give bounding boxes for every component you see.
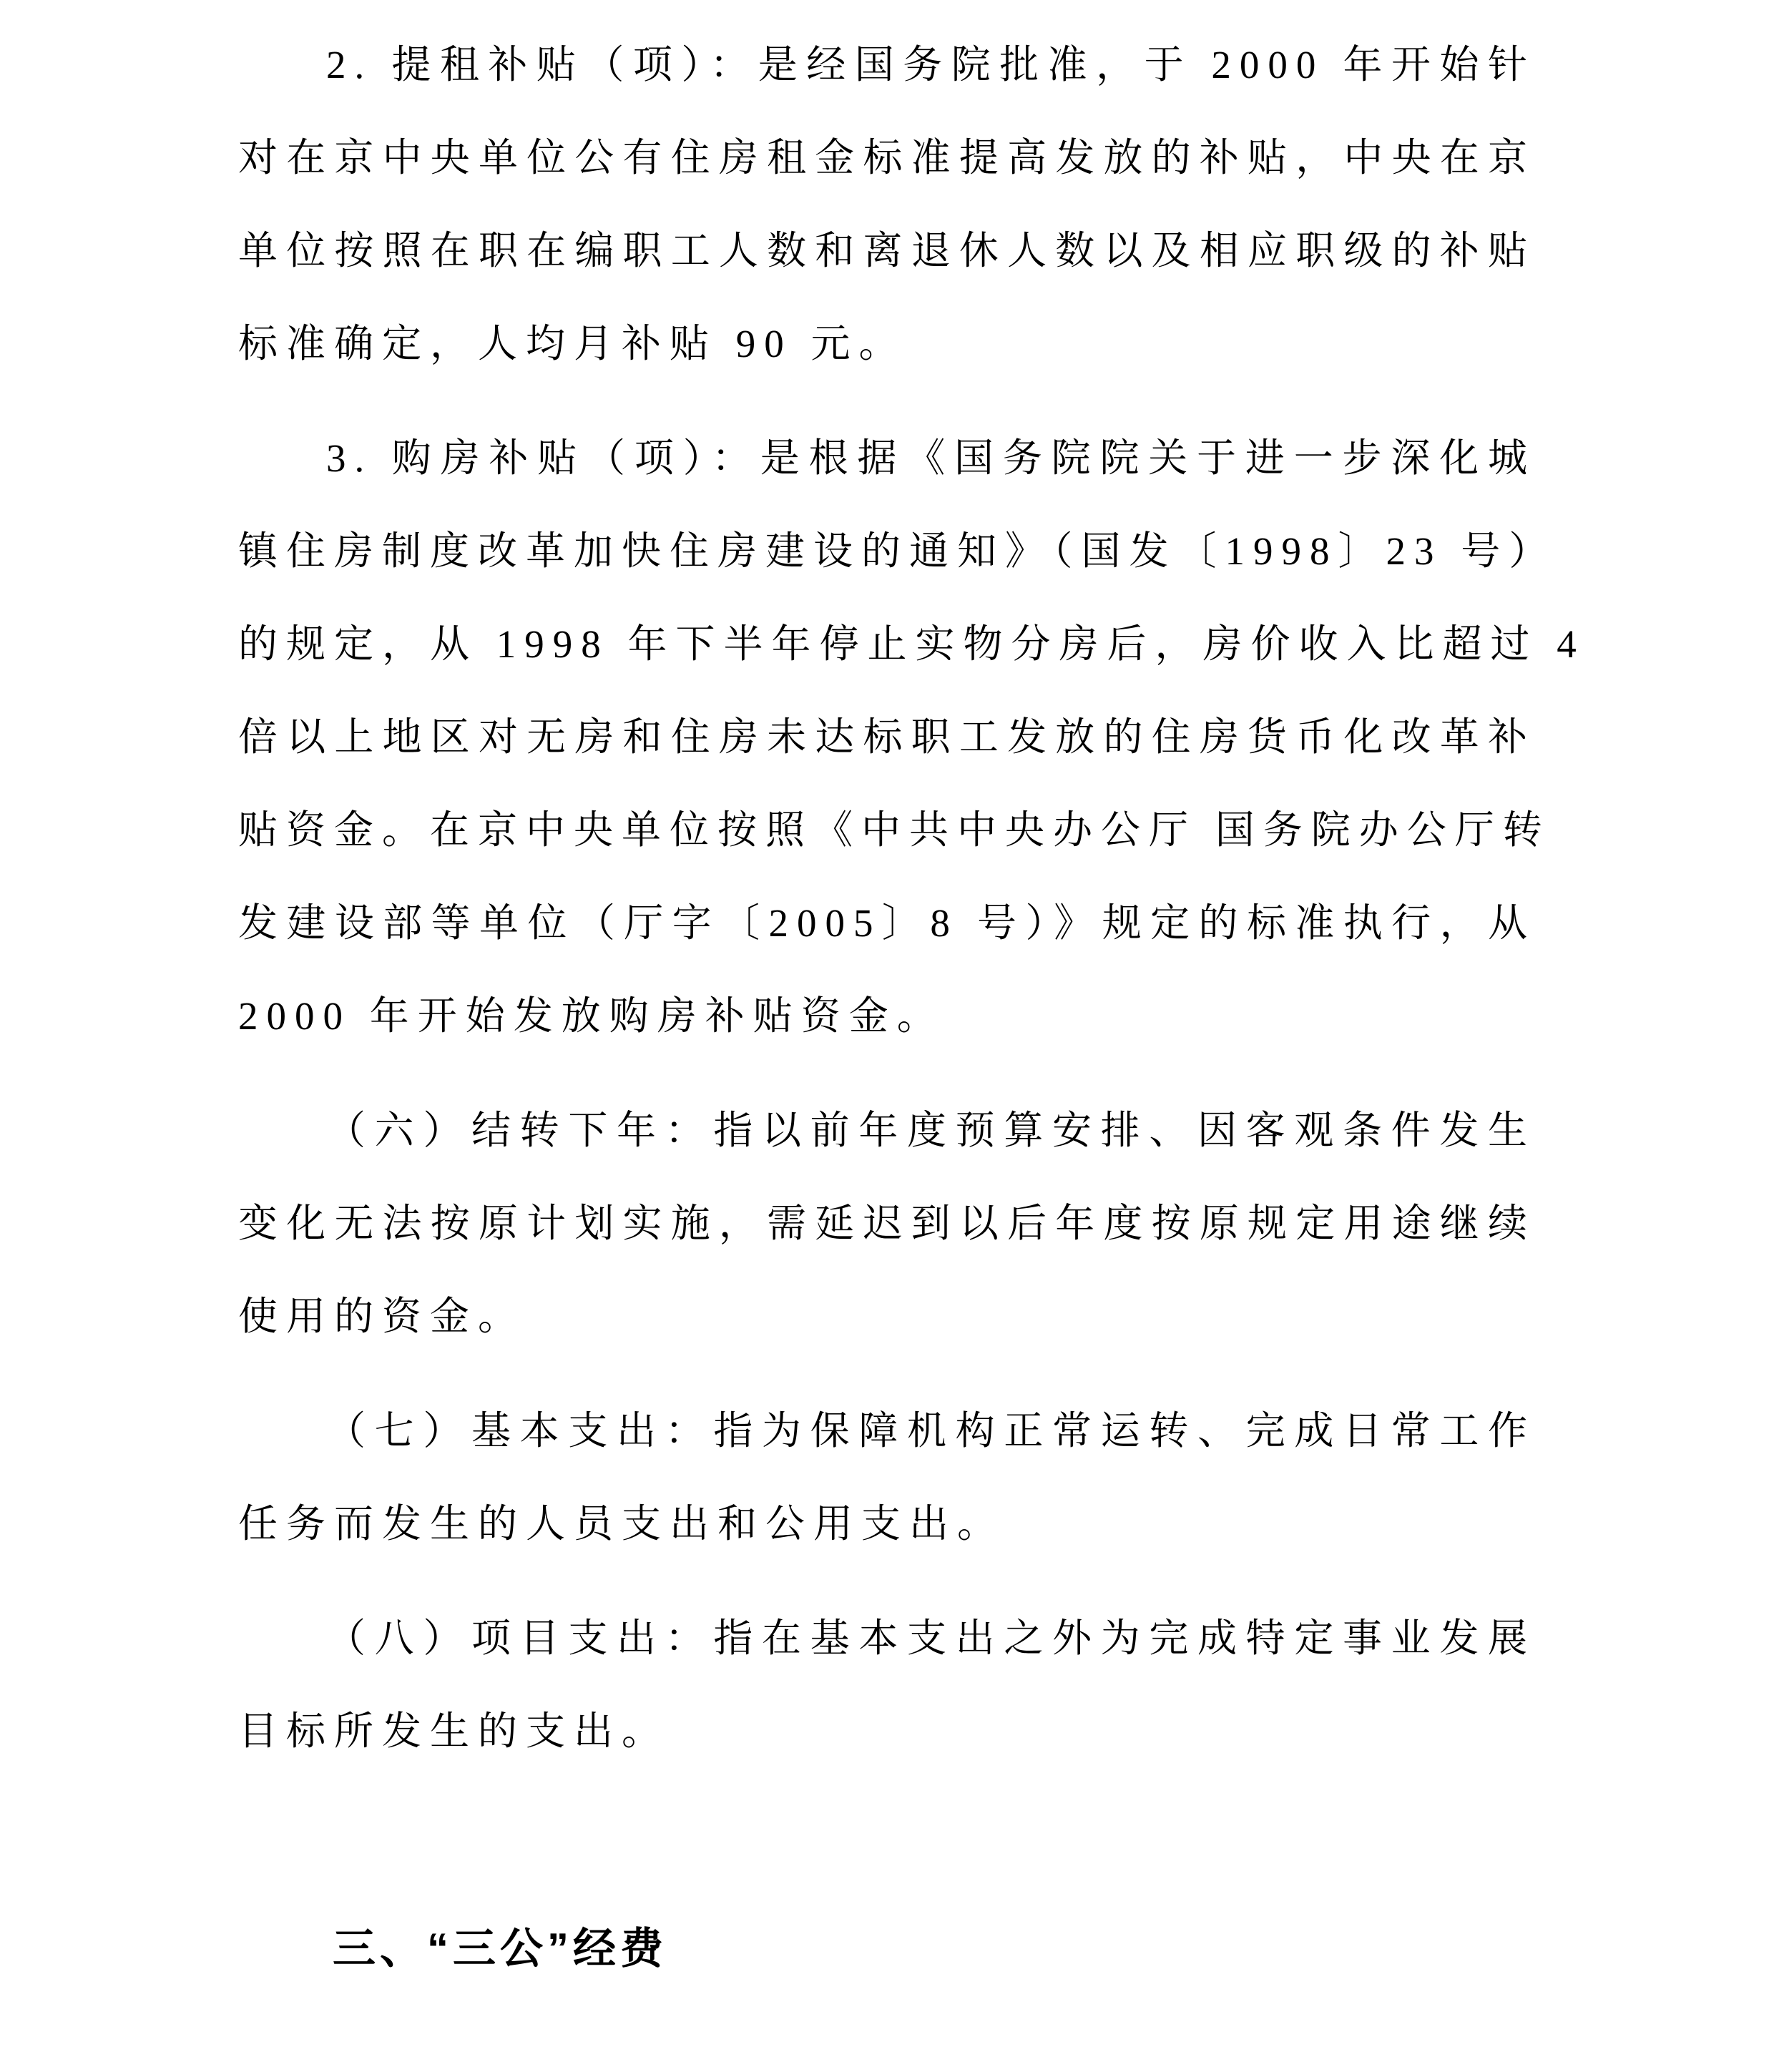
text-line: 的规定，从 1998 年下半年停止实物分房后，房价收入比超过 4 [238, 598, 1536, 691]
text-line: 2. 提租补贴（项）：是经国务院批准，于 2000 年开始针 [238, 19, 1536, 112]
paragraph: （六）结转下年：指以前年度预算安排、因客观条件发生变化无法按原计划实施，需延迟到… [238, 1084, 1536, 1363]
text-line: 标准确定，人均月补贴 90 元。 [238, 298, 1536, 391]
text-line: 倍以上地区对无房和住房未达标职工发放的住房货币化改革补 [238, 691, 1536, 784]
text-line: （八）项目支出：指在基本支出之外为完成特定事业发展 [238, 1592, 1536, 1685]
document-body: 2. 提租补贴（项）：是经国务院批准，于 2000 年开始针对在京中央单位公有住… [238, 19, 1536, 1778]
text-line: 发建设部等单位（厅字〔2005〕8 号）》规定的标准执行，从 [238, 877, 1536, 970]
paragraph: （七）基本支出：指为保障机构正常运转、完成日常工作任务而发生的人员支出和公用支出… [238, 1385, 1536, 1571]
text-line: （七）基本支出：指为保障机构正常运转、完成日常工作 [238, 1385, 1536, 1478]
text-line: （六）结转下年：指以前年度预算安排、因客观条件发生 [238, 1084, 1536, 1177]
document-page: 2. 提租补贴（项）：是经国务院批准，于 2000 年开始针对在京中央单位公有住… [0, 0, 1774, 2072]
text-line: 任务而发生的人员支出和公用支出。 [238, 1478, 1536, 1571]
section-heading: 三、“三公”经费 [238, 1902, 1536, 1995]
paragraph: （八）项目支出：指在基本支出之外为完成特定事业发展目标所发生的支出。 [238, 1592, 1536, 1778]
text-line: 对在京中央单位公有住房租金标准提高发放的补贴，中央在京 [238, 112, 1536, 205]
text-line: 镇住房制度改革加快住房建设的通知》（国发〔1998〕23 号） [238, 505, 1536, 598]
text-line: 3. 购房补贴（项）：是根据《国务院院关于进一步深化城 [238, 412, 1536, 505]
paragraph: 3. 购房补贴（项）：是根据《国务院院关于进一步深化城镇住房制度改革加快住房建设… [238, 412, 1536, 1063]
text-line: 目标所发生的支出。 [238, 1685, 1536, 1778]
text-line: 使用的资金。 [238, 1270, 1536, 1363]
text-line: 2000 年开始发放购房补贴资金。 [238, 970, 1536, 1063]
text-line: 单位按照在职在编职工人数和离退休人数以及相应职级的补贴 [238, 205, 1536, 298]
text-line: 变化无法按原计划实施，需延迟到以后年度按原规定用途继续 [238, 1177, 1536, 1270]
paragraph: 2. 提租补贴（项）：是经国务院批准，于 2000 年开始针对在京中央单位公有住… [238, 19, 1536, 391]
text-line: 贴资金。在京中央单位按照《中共中央办公厅 国务院办公厅转 [238, 784, 1536, 877]
